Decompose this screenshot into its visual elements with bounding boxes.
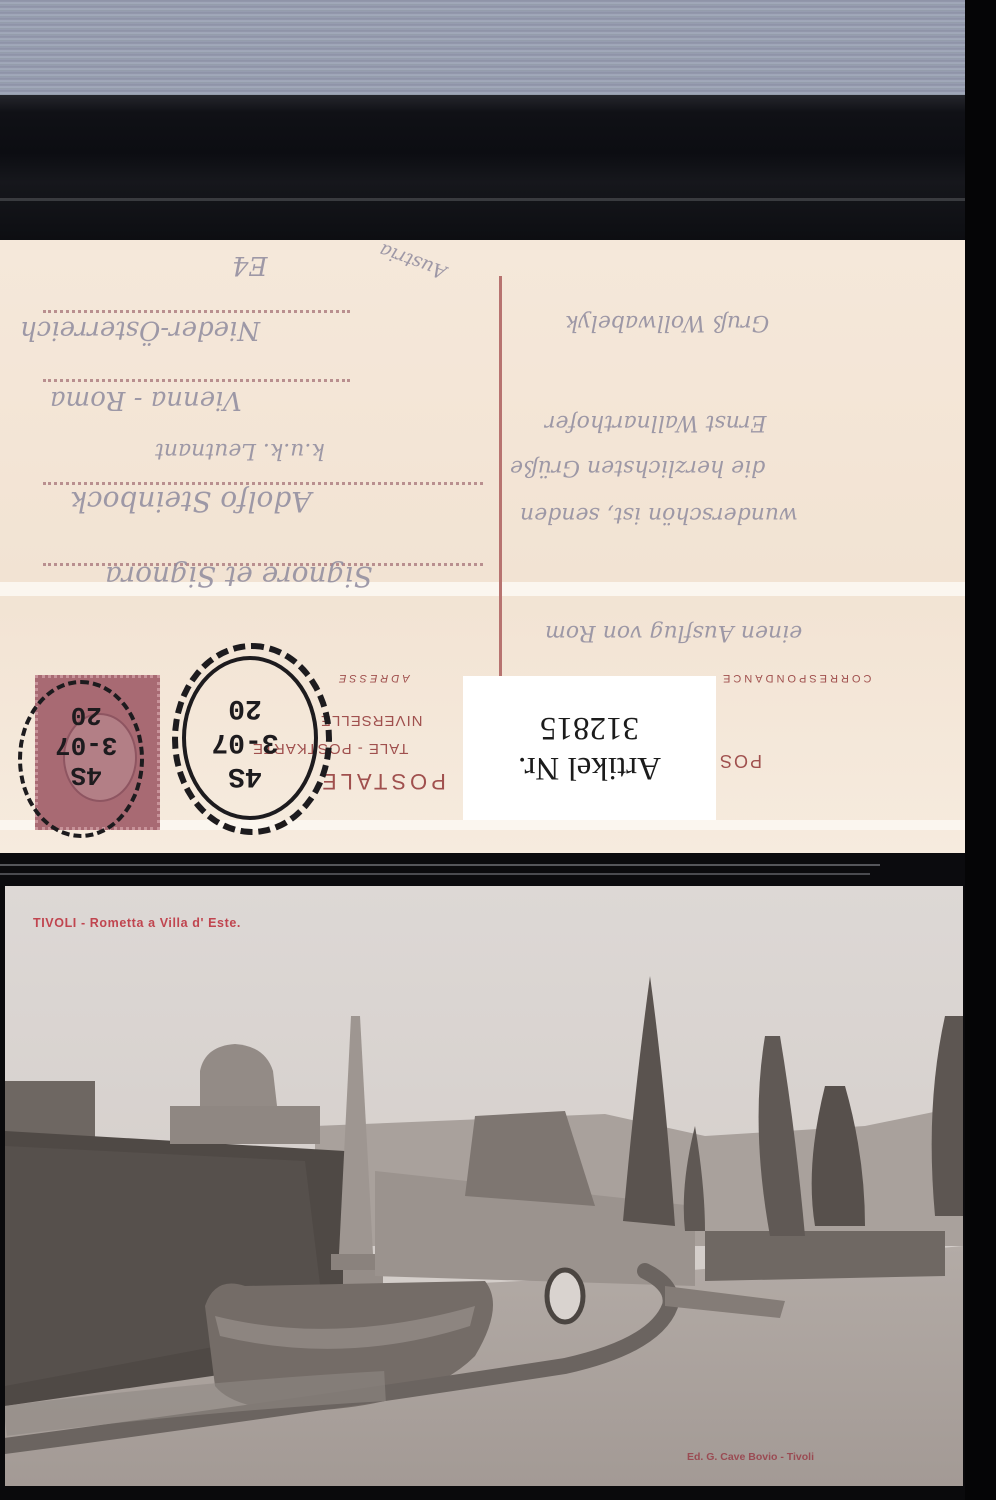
address-line (43, 379, 350, 382)
printed-corresp-label: CORRESPONDANCE (720, 672, 871, 684)
scanner-background-dark (0, 95, 965, 240)
scanner-background-top (0, 0, 965, 95)
article-number-label: Artikel Nr. 312815 (463, 676, 716, 820)
handwriting-message: wunderschön ist, senden (520, 502, 798, 527)
printed-pos-label: POS (718, 750, 762, 771)
printed-header-left: POSTALE (318, 768, 446, 794)
article-number: 312815 (540, 708, 639, 748)
postmark-main-text: 4S 3-07 20 (200, 690, 290, 792)
printed-subheader: NIVERSELLE (320, 712, 423, 729)
postcard-caption: TIVOLI - Rometta a Villa d' Este. (33, 916, 241, 930)
handwriting-address: Adolfo Steinbock (70, 485, 312, 518)
handwriting-address: Vienna - Roma (50, 385, 242, 415)
address-divider-line (499, 276, 502, 676)
handwriting-message: einen Ausflug von Rom (545, 620, 802, 645)
scanner-background-right (965, 0, 996, 1500)
handwriting-message: Ernst Wallnarthofer (545, 410, 767, 435)
article-label-text: Artikel Nr. (518, 748, 661, 788)
postcard-front: TIVOLI - Rometta a Villa d' Este. Ed. G.… (5, 886, 963, 1486)
handwriting-address: E4 (232, 250, 268, 280)
card-separator (0, 853, 965, 886)
handwriting-address: Nieder-Österreich (20, 315, 260, 345)
handwriting-address: Signore et Signora (105, 560, 373, 593)
handwriting-message: die herzlichsten Grüße (510, 455, 765, 480)
photo-rometta-villa-deste (5, 886, 963, 1486)
handwriting-address: Austria (376, 240, 449, 283)
address-line (43, 310, 350, 313)
publisher-credit: Ed. G. Cave Bovio - Tivoli (687, 1451, 814, 1463)
handwriting-message: Gruß Wollwabelyk (565, 310, 769, 335)
postmark-stamp-text: 4S 3-07 20 (55, 700, 117, 790)
printed-address-label: ADRESSE (336, 672, 410, 684)
handwriting-address: k.u.k. Leutnant (155, 438, 325, 463)
